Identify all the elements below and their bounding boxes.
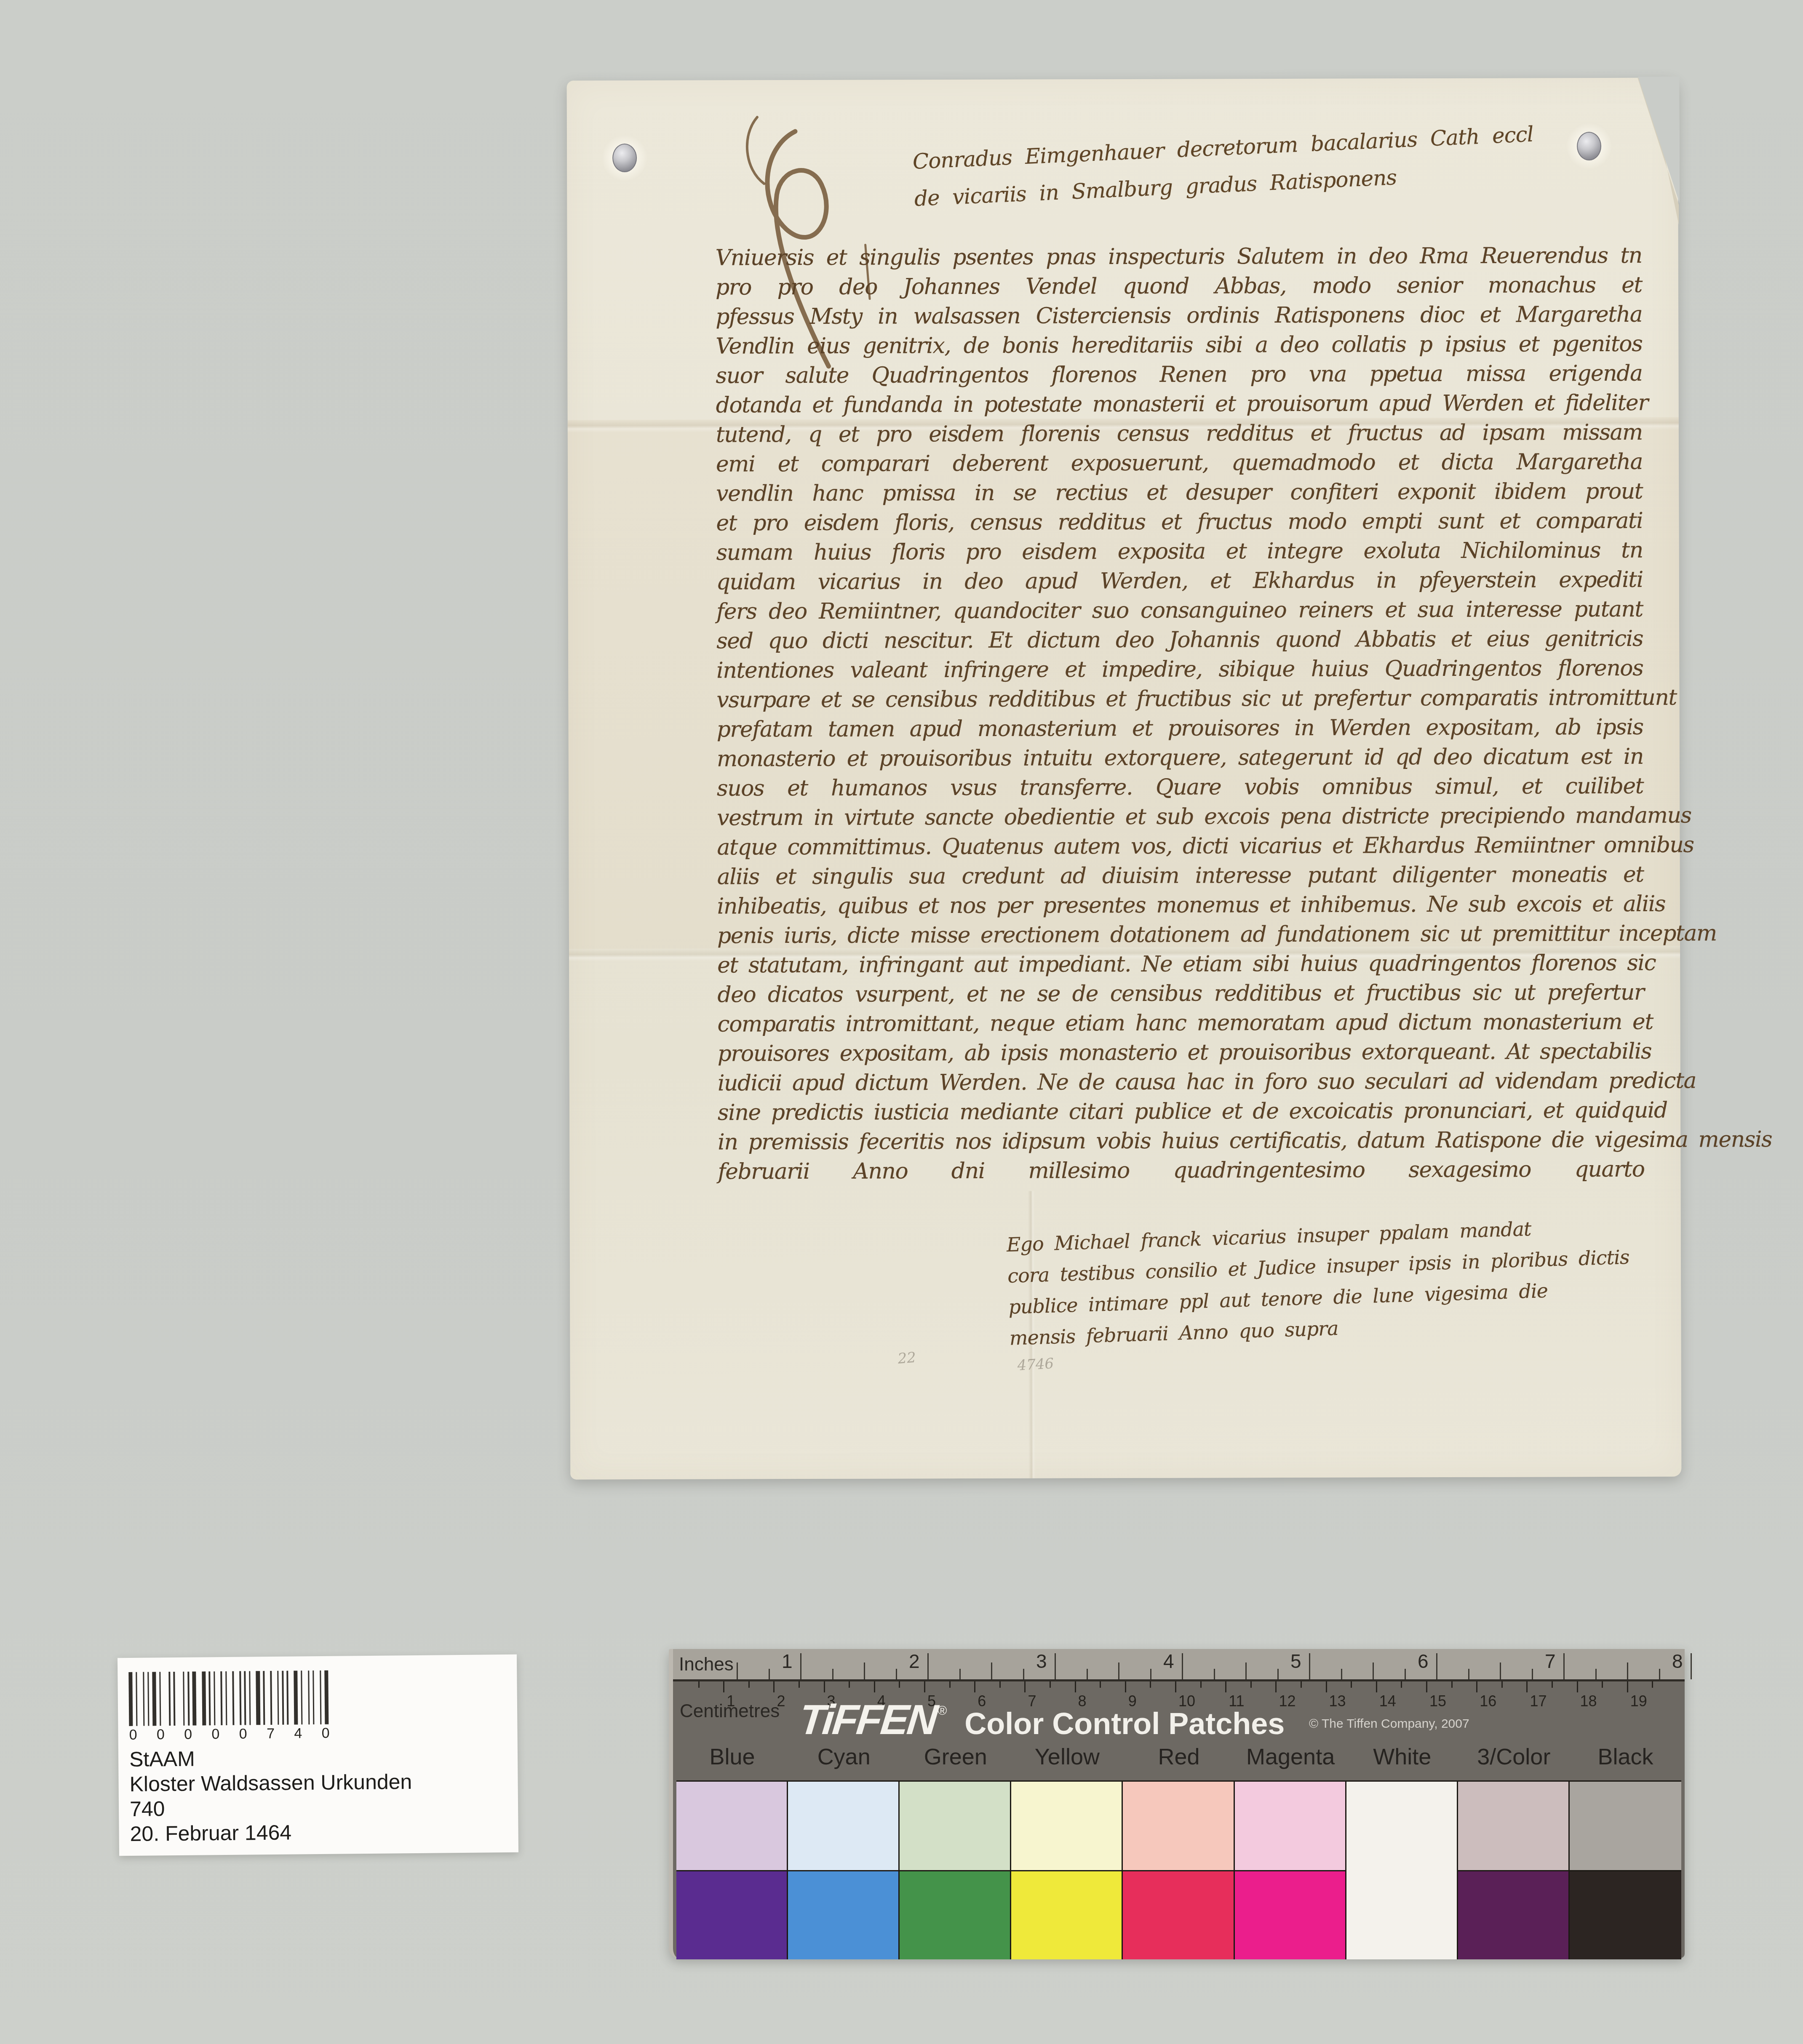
pencil-note: 22 — [897, 1349, 916, 1367]
archive-label-line: Kloster Waldsassen Urkunden — [129, 1769, 508, 1797]
cm-tick — [1225, 1681, 1226, 1692]
cm-tick — [1552, 1681, 1553, 1688]
inch-tick — [1087, 1669, 1088, 1679]
manuscript-line: sine predictis iusticia mediante citari … — [718, 1098, 1644, 1130]
inch-tick — [1436, 1653, 1437, 1679]
cm-tick — [849, 1681, 850, 1688]
barcode-bar — [174, 1672, 176, 1726]
inch-tick — [1182, 1653, 1183, 1679]
inch-number: 3 — [1036, 1650, 1047, 1673]
barcode-bar — [214, 1671, 216, 1725]
patch-top — [1123, 1782, 1233, 1871]
manuscript-line: pro pro deo Johannes Vendel quond Abbas,… — [716, 272, 1642, 304]
manuscript-line: Vniuersis et singulis psentes pnas inspe… — [716, 243, 1642, 275]
cm-tick — [1376, 1681, 1377, 1692]
cm-number: 17 — [1530, 1692, 1547, 1710]
manuscript-line: prefatam tamen apud monasterium et proui… — [717, 715, 1643, 747]
cm-tick — [1652, 1681, 1653, 1688]
patch-label: Black — [1570, 1744, 1681, 1770]
inch-number: 6 — [1418, 1650, 1429, 1673]
notary-subscription: Ego Michael franck vicarius insuper ppal… — [1006, 1212, 1557, 1354]
inch-tick — [1595, 1669, 1597, 1679]
cm-tick — [1150, 1681, 1151, 1688]
cm-tick — [974, 1681, 975, 1692]
patch-bottom — [1570, 1871, 1681, 1960]
cm-tick — [824, 1681, 825, 1692]
patch-top — [676, 1782, 787, 1871]
manuscript-line: februarii Anno dni millesimo quadringent… — [718, 1157, 1644, 1189]
patch-top — [1458, 1782, 1568, 1871]
cm-tick — [1250, 1681, 1252, 1688]
inch-tick — [1214, 1669, 1215, 1679]
tiffen-logo: TiFFEN — [797, 1696, 938, 1744]
barcode-bar — [308, 1670, 310, 1724]
cm-tick — [799, 1681, 800, 1688]
cm-tick — [999, 1681, 1001, 1688]
manuscript-line: dotanda et fundanda in potestate monaste… — [716, 390, 1643, 422]
cm-tick — [1426, 1681, 1427, 1692]
manuscript-line: prouisores expositam, ab ipsis monasteri… — [718, 1039, 1644, 1071]
cm-tick — [698, 1681, 700, 1688]
cm-tick — [773, 1681, 775, 1692]
inch-tick — [1373, 1662, 1374, 1679]
barcode-bar — [221, 1671, 223, 1725]
patch-labels-row: BlueCyanGreenYellowRedMagentaWhite3/Colo… — [676, 1744, 1681, 1770]
barcode-bar — [239, 1671, 241, 1725]
barcode-bar — [286, 1671, 288, 1725]
barcode-bar — [152, 1672, 156, 1726]
manuscript-line: comparatis intromittant, neque etiam han… — [717, 1009, 1644, 1041]
manuscript-line: Vendlin eius genitrix, de bonis heredita… — [716, 331, 1642, 363]
cm-tick — [748, 1681, 750, 1688]
manuscript-line: aliis et singulis sua credunt ad diuisim… — [717, 862, 1644, 894]
patch-top — [1346, 1782, 1457, 1871]
manuscript-line: tutend, q et pro eisdem florenis census … — [716, 420, 1643, 452]
inch-ruler: Inches 12345678 — [673, 1649, 1685, 1681]
patch-column-yellow — [1011, 1782, 1123, 1959]
cm-tick — [723, 1681, 724, 1692]
patch-column-black — [1570, 1782, 1681, 1959]
inch-tick — [1341, 1669, 1342, 1679]
manuscript-line: sed quo dicti nescitur. Et dictum deo Jo… — [716, 626, 1643, 658]
cm-tick — [874, 1681, 875, 1692]
inch-tick — [737, 1662, 738, 1679]
metal-fastener-right — [1577, 132, 1601, 160]
patch-label: Red — [1123, 1744, 1234, 1770]
manuscript-line: vsurpare et se censibus redditibus et fr… — [716, 685, 1643, 717]
inch-tick — [1500, 1662, 1501, 1679]
cm-tick — [1301, 1681, 1302, 1688]
manuscript-line: in premissis feceritis nos idipsum vobis… — [718, 1127, 1644, 1159]
copyright-text: © The Tiffen Company, 2007 — [1309, 1717, 1469, 1731]
manuscript-line: atque committimus. Quatenus autem vos, d… — [717, 833, 1643, 865]
barcode-bar — [209, 1671, 211, 1725]
inch-tick — [769, 1669, 770, 1679]
barcode-digit: 0 — [211, 1726, 219, 1742]
barcode-bar — [301, 1670, 303, 1724]
cm-number: 15 — [1429, 1692, 1446, 1710]
tiffen-logo-row: TiFFEN ® Color Control Patches — [799, 1696, 1285, 1744]
manuscript-page: Conradus Eimgenhauer decretorum bacalari… — [567, 78, 1682, 1480]
manuscript-line: inhibeatis, quibus et nos per presentes … — [717, 891, 1644, 923]
metal-fastener-left — [612, 144, 637, 172]
manuscript-line: intentiones valeant infringere et impedi… — [716, 656, 1643, 688]
inch-tick — [1659, 1669, 1660, 1679]
barcode-bar — [202, 1671, 206, 1725]
manuscript-heading: Conradus Eimgenhauer decretorum bacalari… — [912, 114, 1571, 217]
barcode-bar — [244, 1671, 246, 1725]
cm-tick — [1401, 1681, 1402, 1688]
barcode-bar — [249, 1671, 251, 1725]
patch-top — [1570, 1782, 1681, 1871]
manuscript-line: sumam huius floris pro eisdem exposita e… — [716, 538, 1643, 570]
barcode-bar — [187, 1672, 190, 1726]
inch-tick — [1118, 1662, 1119, 1679]
patch-bottom — [1235, 1871, 1345, 1960]
patch-label: Blue — [676, 1744, 788, 1770]
cm-tick — [1024, 1681, 1026, 1692]
patch-bottom — [1458, 1871, 1568, 1960]
torn-corner — [1625, 77, 1680, 221]
inch-tick — [1563, 1653, 1565, 1679]
patch-column-magenta — [1235, 1782, 1346, 1959]
barcode-digits: 00000740 — [129, 1725, 329, 1743]
barcode-bar — [136, 1672, 138, 1726]
patch-bottom — [1123, 1871, 1233, 1960]
barcode-bar — [159, 1672, 161, 1726]
patch-label: Green — [900, 1744, 1011, 1770]
patch-column-3color — [1458, 1782, 1570, 1959]
inch-tick — [896, 1669, 897, 1679]
patch-label: Magenta — [1235, 1744, 1346, 1770]
inch-tick — [1532, 1669, 1533, 1679]
inch-tick — [991, 1662, 992, 1679]
manuscript-line: penis iuris, dicte misse erectionem dota… — [717, 921, 1644, 953]
manuscript-body: Vniuersis et singulis psentes pnas inspe… — [716, 243, 1645, 1189]
barcode-digit: 4 — [294, 1725, 302, 1742]
cm-tick — [1351, 1681, 1352, 1688]
cm-tick — [1200, 1681, 1202, 1688]
barcode-digit: 0 — [157, 1726, 165, 1743]
patch-top — [1235, 1782, 1345, 1871]
inch-tick — [1405, 1669, 1406, 1679]
barcode-digit: 7 — [267, 1726, 275, 1742]
patch-bottom — [676, 1871, 787, 1960]
cm-tick — [1501, 1681, 1503, 1688]
cm-tick — [1100, 1681, 1101, 1688]
color-patches-grid — [676, 1780, 1681, 1959]
inch-tick — [800, 1653, 801, 1679]
archive-label: 00000740 StAAMKloster Waldsassen Urkunde… — [118, 1654, 518, 1856]
barcode-bar — [277, 1671, 279, 1725]
inch-tick — [1468, 1669, 1469, 1679]
inch-tick — [959, 1669, 961, 1679]
patch-label: Yellow — [1011, 1744, 1123, 1770]
cm-number: 16 — [1480, 1692, 1496, 1710]
card-title: Color Control Patches — [964, 1707, 1285, 1741]
cm-number: 18 — [1580, 1692, 1597, 1710]
cm-tick — [1526, 1681, 1528, 1692]
cm-tick — [1125, 1681, 1126, 1692]
inch-tick — [864, 1662, 865, 1679]
patch-bottom — [1011, 1871, 1122, 1960]
inch-number: 5 — [1290, 1650, 1301, 1673]
inch-number: 7 — [1545, 1650, 1556, 1673]
cm-number: 14 — [1379, 1692, 1396, 1710]
patch-column-white — [1346, 1782, 1458, 1959]
inch-number: 1 — [782, 1650, 793, 1673]
inch-tick — [1023, 1669, 1024, 1679]
manuscript-line: quidam vicarius in deo apud Werden, et E… — [716, 567, 1643, 599]
barcode-bar — [192, 1672, 196, 1726]
cm-tick — [1627, 1681, 1628, 1692]
archive-label-text: StAAMKloster Waldsassen Urkunden74020. F… — [129, 1744, 509, 1847]
barcode-bar — [232, 1671, 235, 1725]
inch-tick — [1150, 1669, 1151, 1679]
cm-tick — [1451, 1681, 1453, 1688]
manuscript-line: et pro eisdem floris, census redditus et… — [716, 508, 1643, 540]
patch-bottom — [788, 1871, 898, 1960]
patch-column-blue — [676, 1782, 788, 1959]
inch-tick — [1245, 1662, 1247, 1679]
barcode-bar — [143, 1672, 145, 1726]
barcode-bar — [313, 1670, 315, 1724]
barcode-bar — [225, 1671, 227, 1725]
color-card-body: 12345678910111213141516171819 Centimetre… — [673, 1681, 1685, 1958]
manuscript-line: iudicii apud dictum Werden. Ne de causa … — [718, 1068, 1644, 1100]
inch-tick — [1055, 1653, 1056, 1679]
cm-tick — [1175, 1681, 1176, 1692]
patch-top — [1011, 1782, 1122, 1871]
patch-label: 3/Color — [1458, 1744, 1570, 1770]
patch-top — [788, 1782, 898, 1871]
inch-number: 2 — [909, 1650, 920, 1673]
cm-tick — [1602, 1681, 1603, 1688]
barcode-bar — [282, 1671, 284, 1725]
inch-number: 4 — [1163, 1650, 1174, 1673]
barcode-digit: 0 — [184, 1726, 192, 1743]
tiffen-color-card: Inches 12345678 123456789101112131415161… — [669, 1649, 1685, 1958]
pencil-note: 4746 — [1017, 1355, 1055, 1374]
barcode-bar — [147, 1672, 150, 1726]
inch-tick — [1627, 1662, 1628, 1679]
barcode-bar — [183, 1672, 185, 1726]
patch-label: White — [1346, 1744, 1458, 1770]
inches-label: Inches — [679, 1654, 734, 1675]
cm-number: 13 — [1329, 1692, 1346, 1710]
inch-tick — [1277, 1669, 1279, 1679]
cm-tick — [949, 1681, 951, 1688]
manuscript-line: deo dicatos vsurpent, et ne se de censib… — [717, 980, 1644, 1012]
barcode-digit: 0 — [321, 1725, 329, 1742]
centimetres-label: Centimetres — [680, 1701, 780, 1722]
barcode-bar — [270, 1671, 272, 1725]
cm-tick — [924, 1681, 925, 1692]
inch-number: 8 — [1672, 1650, 1683, 1673]
cm-tick — [1476, 1681, 1477, 1692]
patch-top — [900, 1782, 1010, 1871]
cm-number: 19 — [1630, 1692, 1647, 1710]
manuscript-line: vendlin hanc pmissa in se rectius et des… — [716, 479, 1643, 511]
barcode-digit: 0 — [129, 1727, 137, 1743]
archive-label-line: 20. Februar 1464 — [130, 1818, 509, 1847]
registered-mark: ® — [938, 1704, 947, 1718]
cm-tick — [1075, 1681, 1076, 1692]
barcode-bar — [256, 1671, 260, 1725]
cm-tick — [1326, 1681, 1327, 1692]
manuscript-line: fers deo Remiintner, quandociter suo con… — [716, 597, 1643, 629]
barcode-bar — [263, 1671, 265, 1725]
patch-column-red — [1123, 1782, 1234, 1959]
manuscript-line: vestrum in virtute sancte obedientie et … — [717, 803, 1643, 835]
cm-tick — [1275, 1681, 1277, 1692]
cm-tick — [1050, 1681, 1051, 1688]
patch-bottom — [1346, 1871, 1457, 1959]
barcode — [128, 1670, 329, 1726]
barcode-bar — [320, 1670, 322, 1724]
barcode-bar — [168, 1672, 171, 1726]
manuscript-line: suor salute Quadringentos florenos Renen… — [716, 361, 1642, 393]
manuscript-line: emi et comparari deberent exposuerunt, q… — [716, 449, 1643, 481]
barcode-bar — [294, 1670, 298, 1724]
cm-tick — [1577, 1681, 1578, 1692]
patch-label: Cyan — [788, 1744, 900, 1770]
inch-tick — [832, 1669, 833, 1679]
archive-label-line: StAAM — [129, 1744, 508, 1772]
barcode-bar — [324, 1670, 329, 1724]
manuscript-line: monasterio et prouisoribus intuitu extor… — [717, 744, 1643, 776]
manuscript-line: et statutam, infringant aut impediant. N… — [717, 950, 1644, 982]
manuscript-line: suos et humanos vsus transferre. Quare v… — [717, 774, 1643, 806]
inch-tick — [1309, 1653, 1310, 1679]
photograph-background: Conradus Eimgenhauer decretorum bacalari… — [0, 0, 1803, 2044]
inch-tick — [1691, 1653, 1692, 1679]
archive-label-line: 740 — [130, 1793, 509, 1822]
barcode-digit: 0 — [239, 1726, 247, 1742]
inch-tick — [927, 1653, 929, 1679]
manuscript-line: pfessus Msty in walsassen Cisterciensis … — [716, 302, 1642, 334]
patch-column-cyan — [788, 1782, 900, 1959]
barcode-bar — [128, 1672, 133, 1726]
patch-bottom — [900, 1871, 1010, 1960]
patch-column-green — [900, 1782, 1011, 1959]
cm-tick — [899, 1681, 900, 1688]
